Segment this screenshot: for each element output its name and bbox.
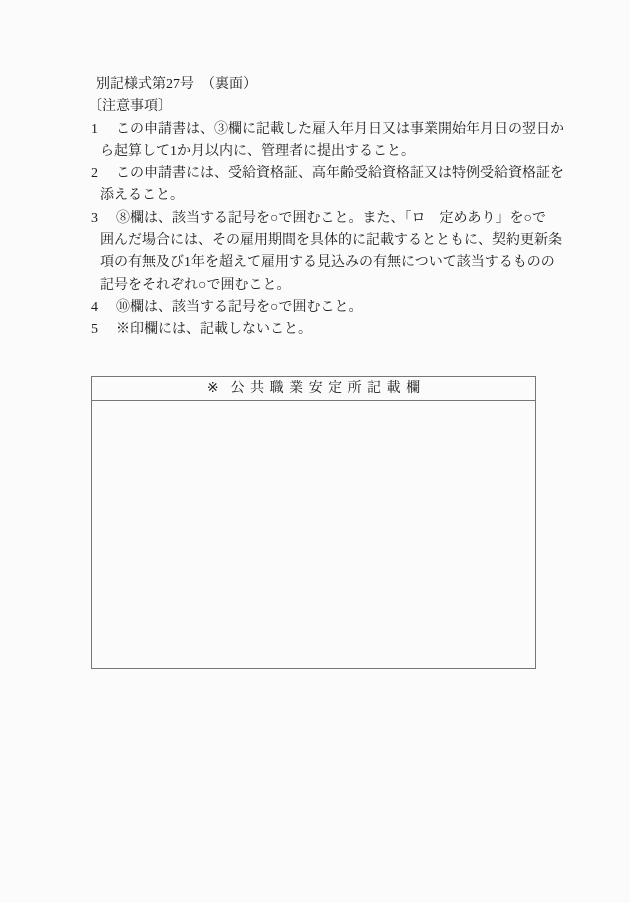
note-text: この申請書には、受給資格証、高年齢受給資格証又は特例受給資格証を 添えること。 <box>100 166 564 203</box>
note-text: この申請書は、③欄に記載した雇入年月日又は事業開始年月日の翌日か ら起算して1か… <box>100 122 564 159</box>
note-number: 5 <box>91 319 116 341</box>
note-item-4: 4⑩欄は、該当する記号を○で囲むこと。 <box>100 297 625 319</box>
note-number: 1 <box>91 119 116 141</box>
note-text: ※印欄には、記載しないこと。 <box>116 322 312 337</box>
note-item-3: 3⑧欄は、該当する記号を○で囲むこと。また、「ロ 定めあり」を○で 囲んだ場合に… <box>100 208 625 297</box>
office-use-box-title: 公共職業安定所記載欄 <box>231 377 426 401</box>
note-item-5: 5※印欄には、記載しないこと。 <box>100 319 625 341</box>
note-number: 3 <box>91 208 116 230</box>
office-use-box: ※ 公共職業安定所記載欄 <box>91 376 536 669</box>
note-text: ⑧欄は、該当する記号を○で囲むこと。また、「ロ 定めあり」を○で 囲んだ場合には… <box>100 211 562 293</box>
office-use-box-header: ※ 公共職業安定所記載欄 <box>92 377 535 401</box>
note-number: 4 <box>91 297 116 319</box>
notes-list: 1この申請書は、③欄に記載した雇入年月日又は事業開始年月日の翌日か ら起算して1… <box>0 119 625 342</box>
note-text: ⑩欄は、該当する記号を○で囲むこと。 <box>116 300 362 315</box>
reference-mark: ※ <box>207 377 219 401</box>
note-item-2: 2この申請書には、受給資格証、高年齢受給資格証又は特例受給資格証を 添えること。 <box>100 163 625 208</box>
form-reference: 別記様式第27号 （裏面） <box>96 74 625 96</box>
notes-section: 別記様式第27号 （裏面） 〔注意事項〕 1この申請書は、③欄に記載した雇入年月… <box>0 74 625 342</box>
document-sheet: 別記様式第27号 （裏面） 〔注意事項〕 1この申請書は、③欄に記載した雇入年月… <box>0 0 630 903</box>
note-item-1: 1この申請書は、③欄に記載した雇入年月日又は事業開始年月日の翌日か ら起算して1… <box>100 119 625 164</box>
office-use-box-blank-area <box>92 401 535 668</box>
notes-heading: 〔注意事項〕 <box>88 96 625 118</box>
note-number: 2 <box>91 163 116 185</box>
